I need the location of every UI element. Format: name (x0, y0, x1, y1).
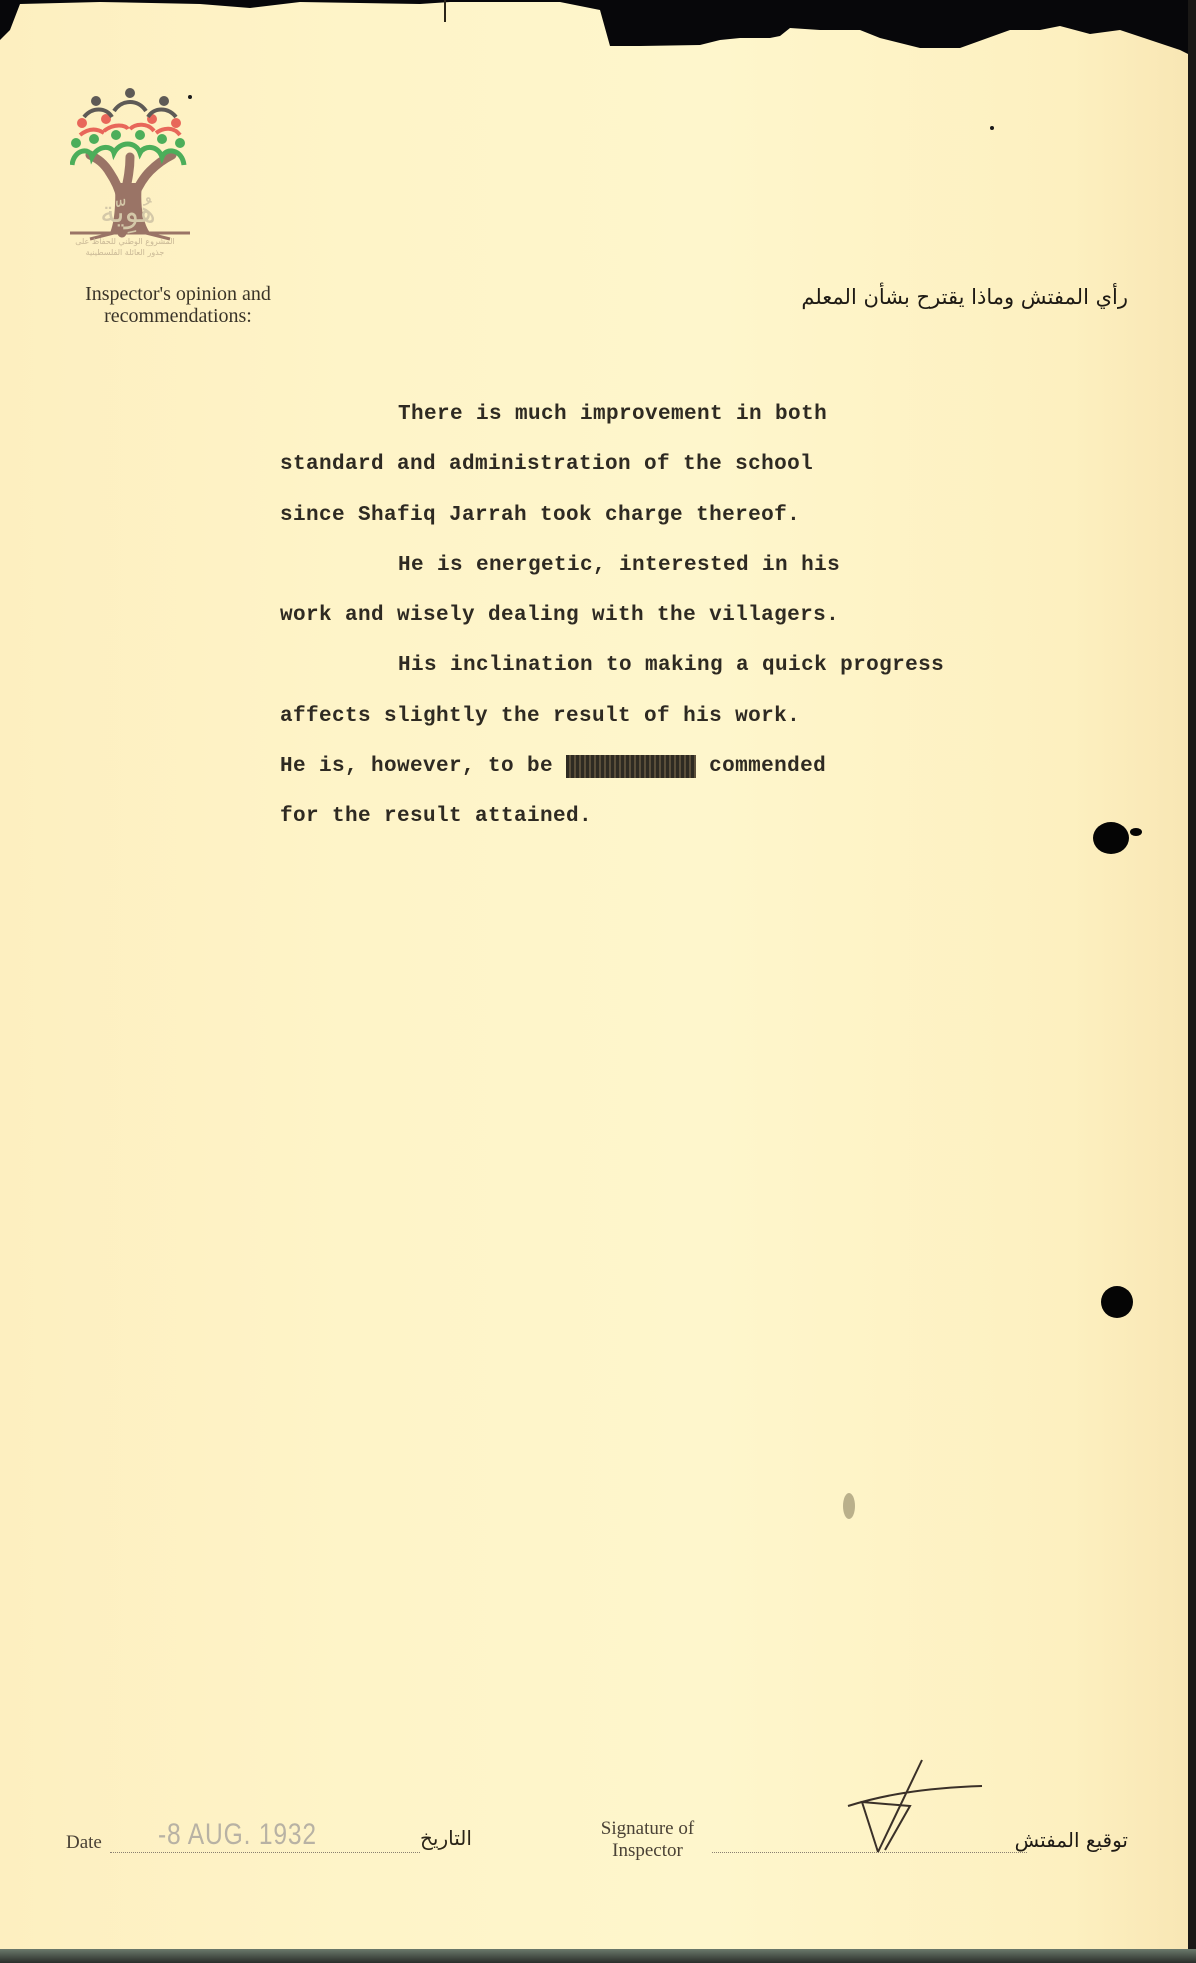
inspector-report-text: There is much improvement in both standa… (280, 398, 1060, 851)
inspector-opinion-label-arabic: رأي المفتش وماذا يقترح بشأن المعلم (801, 285, 1128, 309)
date-label: Date (66, 1832, 102, 1854)
report-line-tail: commended (696, 755, 826, 778)
report-line: His inclination to making a quick progre… (280, 649, 1060, 699)
signature-label-arabic: توقيع المفتش (1015, 1828, 1128, 1852)
bottom-page-edge (0, 1949, 1196, 1963)
punch-hole-tear (1130, 828, 1142, 836)
logo-caption-line2: جذور العائلة الفلسطينية (60, 247, 190, 258)
signature-label-line1: Signature of (585, 1818, 710, 1840)
punch-hole-upper (1093, 822, 1129, 854)
report-line: work and wisely dealing with the village… (280, 599, 1060, 649)
hawiya-tree-logo-icon (70, 48, 190, 268)
report-line: standard and administration of the schoo… (280, 448, 1060, 498)
logo-caption: المشروع الوطني للحفاظ على جذور العائلة ا… (60, 236, 190, 258)
logo-wordmark: هُوِيّة (88, 195, 168, 230)
report-line-head: He is, however, to be (280, 755, 566, 778)
date-label-arabic: التاريخ (420, 1826, 472, 1850)
inspector-signature (840, 1756, 990, 1856)
report-line: There is much improvement in both (280, 398, 1060, 448)
report-line: for the result attained. (280, 800, 1060, 850)
signature-label: Signature of Inspector (585, 1818, 710, 1862)
label-line2: recommendations: (62, 305, 294, 327)
inspector-opinion-label: Inspector's opinion and recommendations: (62, 283, 294, 327)
ink-smudge (843, 1493, 855, 1519)
struck-out-word: xxxxxxxxxx (566, 755, 696, 778)
ink-speck (990, 126, 994, 130)
report-line: He is energetic, interested in his (280, 549, 1060, 599)
report-line: He is, however, to be xxxxxxxxxx commend… (280, 750, 1060, 800)
punch-hole-lower (1101, 1286, 1133, 1318)
report-line: affects slightly the result of his work. (280, 700, 1060, 750)
ink-speck (188, 95, 192, 99)
report-line: since Shafiq Jarrah took charge thereof. (280, 499, 1060, 549)
logo-caption-line1: المشروع الوطني للحفاظ على (60, 236, 190, 247)
date-stamp: -8 AUG. 1932 (158, 1818, 317, 1852)
right-page-edge (1188, 0, 1196, 1963)
signature-label-line2: Inspector (585, 1840, 710, 1862)
label-line1: Inspector's opinion and (62, 283, 294, 305)
date-line (110, 1852, 420, 1853)
